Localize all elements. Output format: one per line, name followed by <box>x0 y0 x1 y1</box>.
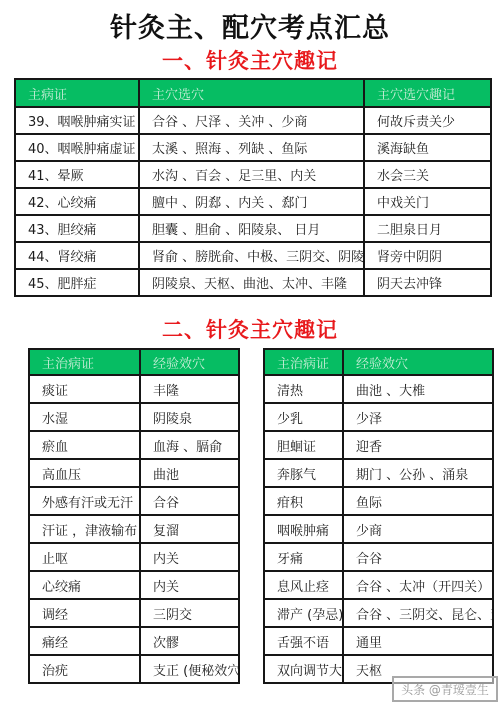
table-row: 息风止痉合谷 、太冲（开四关） <box>264 571 493 599</box>
main-points-table: 主病证 主穴选穴 主穴选穴趣记 39、咽喉肿痛实证合谷 、尺泽 、关冲 、少商何… <box>14 78 492 297</box>
table-cell: 胆蛔证 <box>264 431 343 459</box>
table-row: 痛经次髎 <box>29 627 239 655</box>
table-cell: 痛经 <box>29 627 140 655</box>
table-header-row: 主治病证 经验效穴 <box>264 349 493 375</box>
table-cell: 外感有汗或无汗 <box>29 487 140 515</box>
table-cell: 曲池 、大椎 <box>343 375 493 403</box>
table-cell: 支正 (便秘效穴) <box>140 655 239 683</box>
table-cell: 阴陵泉、天枢、曲池、太冲、丰隆 <box>139 269 364 296</box>
table-cell: 44、肾绞痛 <box>15 242 139 269</box>
table-cell: 肾旁中阴阴 <box>364 242 491 269</box>
table-row: 41、晕厥水沟 、百会 、足三里、内关水会三关 <box>15 161 491 188</box>
main-points-table-header: 主病证 主穴选穴 主穴选穴趣记 <box>15 79 491 107</box>
column-header-effective-point: 经验效穴 <box>140 349 239 375</box>
table-row: 42、心绞痛膻中 、阴郄 、内关 、郄门中戏关门 <box>15 188 491 215</box>
table-cell: 合谷 、三阴交、昆仑、至阴 <box>343 599 493 627</box>
table-row: 45、肥胖症阴陵泉、天枢、曲池、太冲、丰隆阴天去冲锋 <box>15 269 491 296</box>
table-row: 43、胆绞痛胆囊 、胆俞 、阳陵泉、 日月二胆泉日月 <box>15 215 491 242</box>
table-cell: 少乳 <box>264 403 343 431</box>
table-cell: 42、心绞痛 <box>15 188 139 215</box>
table-row: 止呕内关 <box>29 543 239 571</box>
table-cell: 合谷 <box>343 543 493 571</box>
table-row: 清热曲池 、大椎 <box>264 375 493 403</box>
table-cell: 息风止痉 <box>264 571 343 599</box>
table-cell: 疳积 <box>264 487 343 515</box>
table-cell: 心绞痛 <box>29 571 140 599</box>
table-cell: 汗证 ，津液输布 <box>29 515 140 543</box>
table-cell: 水会三关 <box>364 161 491 188</box>
column-header-points: 主穴选穴 <box>139 79 364 107</box>
column-header-disease: 主治病证 <box>264 349 343 375</box>
table-row: 咽喉肿痛少商 <box>264 515 493 543</box>
table-cell: 舌强不语 <box>264 627 343 655</box>
table-cell: 清热 <box>264 375 343 403</box>
table-row: 心绞痛内关 <box>29 571 239 599</box>
table-cell: 阴陵泉 <box>140 403 239 431</box>
table-row: 瘀血血海 、膈俞 <box>29 431 239 459</box>
table-row: 牙痛合谷 <box>264 543 493 571</box>
table-row: 胆蛔证迎香 <box>264 431 493 459</box>
table-cell: 41、晕厥 <box>15 161 139 188</box>
experience-table-right-header: 主治病证 经验效穴 <box>264 349 493 375</box>
table-cell: 何故斥责关少 <box>364 107 491 134</box>
column-header-effective-point: 经验效穴 <box>343 349 493 375</box>
table-cell: 水沟 、百会 、足三里、内关 <box>139 161 364 188</box>
table-cell: 43、胆绞痛 <box>15 215 139 242</box>
table-row: 奔豚气期门 、公孙 、涌泉 <box>264 459 493 487</box>
experience-points-table-left: 主治病证 经验效穴 痰证丰隆水湿阴陵泉瘀血血海 、膈俞高血压曲池外感有汗或无汗合… <box>28 348 240 684</box>
table-cell: 阴天去冲锋 <box>364 269 491 296</box>
table-cell: 次髎 <box>140 627 239 655</box>
table-cell: 咽喉肿痛 <box>264 515 343 543</box>
watermark-badge: 头条 @青瑷壹生 <box>392 676 498 702</box>
table-cell: 水湿 <box>29 403 140 431</box>
section1-title: 一、针灸主穴趣记 <box>0 45 500 75</box>
table-cell: 治疣 <box>29 655 140 683</box>
table-row: 调经三阴交 <box>29 599 239 627</box>
table-cell: 合谷 <box>140 487 239 515</box>
table-cell: 合谷 、太冲（开四关） <box>343 571 493 599</box>
table-row: 汗证 ，津液输布复溜 <box>29 515 239 543</box>
table-cell: 复溜 <box>140 515 239 543</box>
table-cell: 三阴交 <box>140 599 239 627</box>
table-cell: 溪海缺鱼 <box>364 134 491 161</box>
table-cell: 痰证 <box>29 375 140 403</box>
main-points-table-body: 39、咽喉肿痛实证合谷 、尺泽 、关冲 、少商何故斥责关少40、咽喉肿痛虚证太溪… <box>15 107 491 296</box>
table-cell: 双向调节大便 <box>264 655 343 683</box>
table-row: 水湿阴陵泉 <box>29 403 239 431</box>
table-cell: 40、咽喉肿痛虚证 <box>15 134 139 161</box>
table-row: 舌强不语通里 <box>264 627 493 655</box>
table-cell: 39、咽喉肿痛实证 <box>15 107 139 134</box>
table-cell: 期门 、公孙 、涌泉 <box>343 459 493 487</box>
table-cell: 瘀血 <box>29 431 140 459</box>
table-header-row: 主病证 主穴选穴 主穴选穴趣记 <box>15 79 491 107</box>
table-header-row: 主治病证 经验效穴 <box>29 349 239 375</box>
table-cell: 曲池 <box>140 459 239 487</box>
table-cell: 调经 <box>29 599 140 627</box>
table-cell: 迎香 <box>343 431 493 459</box>
table-cell: 丰隆 <box>140 375 239 403</box>
table-cell: 中戏关门 <box>364 188 491 215</box>
table-cell: 血海 、膈俞 <box>140 431 239 459</box>
table-cell: 鱼际 <box>343 487 493 515</box>
column-header-mnemonic: 主穴选穴趣记 <box>364 79 491 107</box>
table-cell: 滞产 (孕忌) <box>264 599 343 627</box>
table-row: 外感有汗或无汗合谷 <box>29 487 239 515</box>
column-header-disease: 主治病证 <box>29 349 140 375</box>
table-row: 疳积鱼际 <box>264 487 493 515</box>
experience-table-left-body: 痰证丰隆水湿阴陵泉瘀血血海 、膈俞高血压曲池外感有汗或无汗合谷汗证 ，津液输布复… <box>29 375 239 683</box>
column-header-disease: 主病证 <box>15 79 139 107</box>
table-cell: 45、肥胖症 <box>15 269 139 296</box>
page-title: 针灸主、配穴考点汇总 <box>0 6 500 45</box>
table-cell: 高血压 <box>29 459 140 487</box>
table-cell: 膻中 、阴郄 、内关 、郄门 <box>139 188 364 215</box>
experience-table-right-body: 清热曲池 、大椎少乳少泽胆蛔证迎香奔豚气期门 、公孙 、涌泉疳积鱼际咽喉肿痛少商… <box>264 375 493 683</box>
section2-title: 二、针灸主穴趣记 <box>0 314 500 344</box>
table-cell: 肾俞 、膀胱俞、中极、三阴交、阴陵泉 <box>139 242 364 269</box>
table-cell: 合谷 、尺泽 、关冲 、少商 <box>139 107 364 134</box>
table-cell: 通里 <box>343 627 493 655</box>
table-row: 39、咽喉肿痛实证合谷 、尺泽 、关冲 、少商何故斥责关少 <box>15 107 491 134</box>
table-cell: 少泽 <box>343 403 493 431</box>
table-row: 高血压曲池 <box>29 459 239 487</box>
table-cell: 奔豚气 <box>264 459 343 487</box>
table-row: 40、咽喉肿痛虚证太溪 、照海 、列缺 、鱼际溪海缺鱼 <box>15 134 491 161</box>
table-row: 治疣支正 (便秘效穴) <box>29 655 239 683</box>
experience-points-table-right: 主治病证 经验效穴 清热曲池 、大椎少乳少泽胆蛔证迎香奔豚气期门 、公孙 、涌泉… <box>263 348 494 684</box>
table-cell: 牙痛 <box>264 543 343 571</box>
table-cell: 太溪 、照海 、列缺 、鱼际 <box>139 134 364 161</box>
table-cell: 内关 <box>140 543 239 571</box>
table-row: 滞产 (孕忌)合谷 、三阴交、昆仑、至阴 <box>264 599 493 627</box>
table-row: 少乳少泽 <box>264 403 493 431</box>
table-row: 44、肾绞痛肾俞 、膀胱俞、中极、三阴交、阴陵泉肾旁中阴阴 <box>15 242 491 269</box>
table-row: 痰证丰隆 <box>29 375 239 403</box>
experience-table-left-header: 主治病证 经验效穴 <box>29 349 239 375</box>
table-cell: 二胆泉日月 <box>364 215 491 242</box>
table-cell: 内关 <box>140 571 239 599</box>
table-cell: 胆囊 、胆俞 、阳陵泉、 日月 <box>139 215 364 242</box>
table-cell: 止呕 <box>29 543 140 571</box>
table-cell: 少商 <box>343 515 493 543</box>
